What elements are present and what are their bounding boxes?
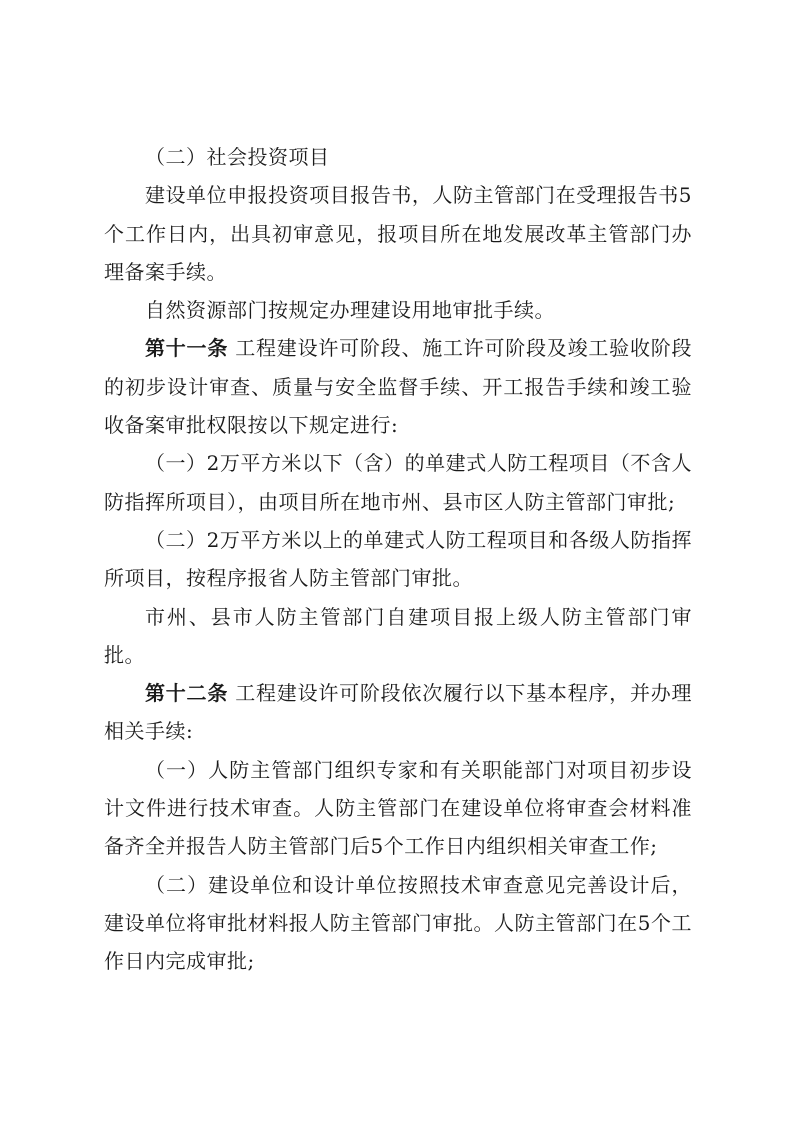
- article-12: 第十二条 工程建设许可阶段依次履行以下基本程序，并办理相关手续:: [104, 674, 692, 751]
- paragraph: （一）人防主管部门组织专家和有关职能部门对项目初步设计文件进行技术审查。人防主管…: [104, 751, 692, 866]
- article-11: 第十一条 工程建设许可阶段、施工许可阶段及竣工验收阶段的初步设计审查、质量与安全…: [104, 329, 692, 444]
- paragraph: （二）2万平方米以上的单建式人防工程项目和各级人防指挥所项目，按程序报省人防主管…: [104, 521, 692, 598]
- article-number: 第十一条: [145, 336, 228, 360]
- paragraph: 自然资源部门按规定办理建设用地审批手续。: [104, 291, 692, 329]
- paragraph: （一）2万平方米以下（含）的单建式人防工程项目（不含人防指挥所项目），由项目所在…: [104, 444, 692, 521]
- paragraph: 建设单位申报投资项目报告书，人防主管部门在受理报告书5个工作日内，出具初审意见，…: [104, 176, 692, 291]
- document-page: （二）社会投资项目 建设单位申报投资项目报告书，人防主管部门在受理报告书5个工作…: [104, 138, 692, 981]
- paragraph: 市州、县市人防主管部门自建项目报上级人防主管部门审批。: [104, 598, 692, 675]
- paragraph: （二）建设单位和设计单位按照技术审查意见完善设计后，建设单位将审批材料报人防主管…: [104, 866, 692, 981]
- article-number: 第十二条: [145, 681, 228, 705]
- section-heading-social-investment: （二）社会投资项目: [104, 138, 692, 176]
